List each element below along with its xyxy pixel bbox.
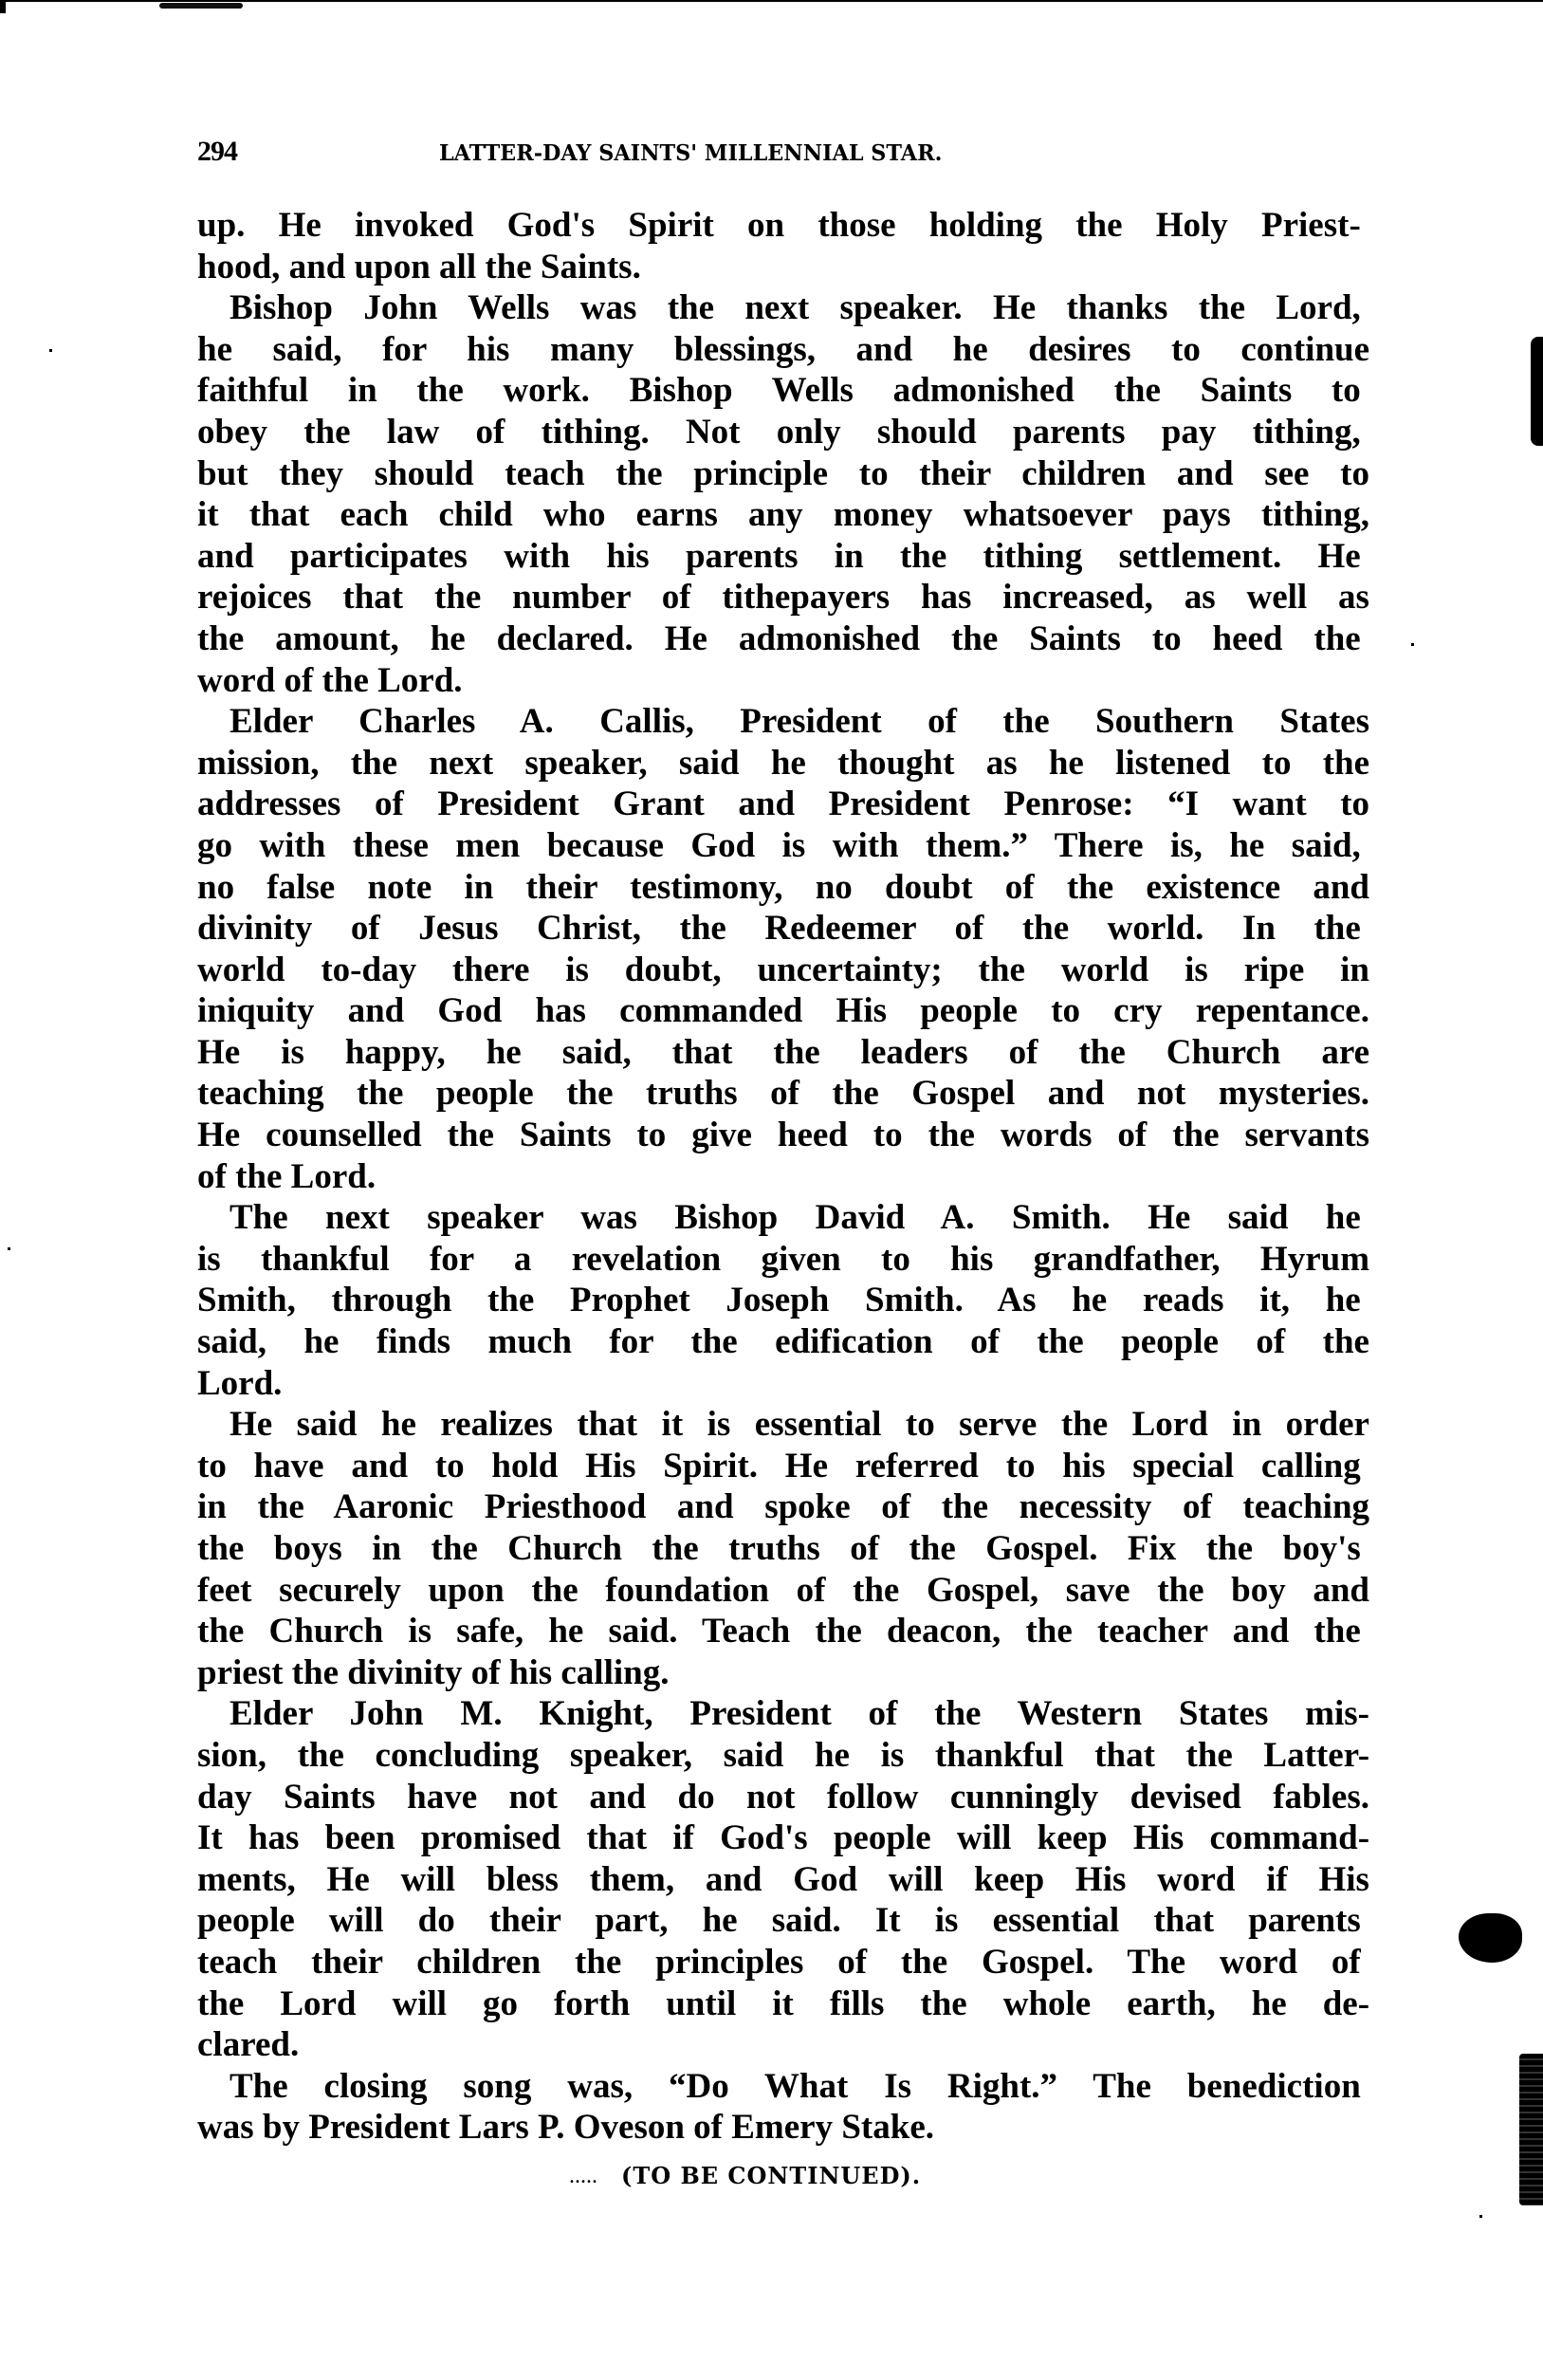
binding-shadow-mark xyxy=(1519,2054,1543,2205)
paragraph-first-line: Bishop John Wells was the next speaker. … xyxy=(197,287,1369,329)
scan-smudge xyxy=(159,3,243,9)
scan-artifact xyxy=(0,2,6,13)
text-line: to have and to hold His Spirit. He refer… xyxy=(197,1446,1369,1487)
paragraph-first-line: Elder John M. Knight, President of the W… xyxy=(197,1693,1369,1735)
text-line: clared. xyxy=(197,2024,1369,2066)
page-number: 294 xyxy=(197,133,237,171)
text-line: faithful in the work. Bishop Wells admon… xyxy=(197,370,1369,412)
text-line: the Lord will go forth until it fills th… xyxy=(197,1983,1369,2025)
scan-edge-top xyxy=(0,0,1543,2)
scanned-page: 294 LATTER-DAY SAINTS' MILLENNIAL STAR. … xyxy=(0,0,1543,2380)
text-line: day Saints have not and do not follow cu… xyxy=(197,1777,1369,1818)
scan-speck xyxy=(49,349,52,352)
text-line: the amount, he declared. He admonished t… xyxy=(197,618,1369,660)
text-line: he said, for his many blessings, and he … xyxy=(197,329,1369,371)
text-line: It has been promised that if God's peopl… xyxy=(197,1817,1369,1859)
text-line: hood, and upon all the Saints. xyxy=(197,247,1369,288)
text-line: is thankful for a revelation given to hi… xyxy=(197,1239,1369,1281)
text-line: it that each child who earns any money w… xyxy=(197,494,1369,536)
text-line: Smith, through the Prophet Joseph Smith.… xyxy=(197,1280,1369,1321)
text-line: Lord. xyxy=(197,1363,1369,1405)
text-line: teaching the people the truths of the Go… xyxy=(197,1073,1369,1115)
text-line: of the Lord. xyxy=(197,1156,1369,1198)
text-line: but they should teach the principle to t… xyxy=(197,453,1369,495)
text-line: no false note in their testimony, no dou… xyxy=(197,867,1369,909)
text-line: He counselled the Saints to give heed to… xyxy=(197,1115,1369,1156)
text-line: He is happy, he said, that the leaders o… xyxy=(197,1032,1369,1074)
scan-speck xyxy=(1411,643,1414,646)
text-line: priest the divinity of his calling. xyxy=(197,1652,1369,1694)
scan-speck xyxy=(8,1247,10,1250)
text-line: in the Aaronic Priesthood and spoke of t… xyxy=(197,1486,1369,1528)
running-head: 294 LATTER-DAY SAINTS' MILLENNIAL STAR. xyxy=(197,133,1373,171)
binding-shadow-mark xyxy=(1531,337,1543,446)
paragraph-first-line: The next speaker was Bishop David A. Smi… xyxy=(197,1197,1369,1239)
text-line: the boys in the Church the truths of the… xyxy=(197,1528,1369,1570)
text-line: ments, He will bless them, and God will … xyxy=(197,1859,1369,1901)
paragraph-first-line: Elder Charles A. Callis, President of th… xyxy=(197,701,1369,743)
journal-title: LATTER-DAY SAINTS' MILLENNIAL STAR. xyxy=(439,135,1111,173)
paragraph-first-line: He said he realizes that it is essential… xyxy=(197,1404,1369,1446)
text-line: word of the Lord. xyxy=(197,660,1369,702)
text-line: mission, the next speaker, said he thoug… xyxy=(197,743,1369,784)
text-line: was by President Lars P. Oveson of Emery… xyxy=(197,2107,1369,2149)
text-line: said, he finds much for the edification … xyxy=(197,1321,1369,1363)
to-be-continued-note: (TO BE CONTINUED). xyxy=(621,2159,921,2193)
text-line: feet securely upon the foundation of the… xyxy=(197,1570,1369,1612)
text-line: addresses of President Grant and Preside… xyxy=(197,784,1369,825)
text-line: teach their children the principles of t… xyxy=(197,1942,1369,1983)
text-line: iniquity and God has commanded His peopl… xyxy=(197,990,1369,1032)
text-line: world to-day there is doubt, uncertainty… xyxy=(197,950,1369,991)
text-line: go with these men because God is with th… xyxy=(197,825,1369,867)
article-body: up. He invoked God's Spirit on those hol… xyxy=(197,205,1369,2149)
text-line: sion, the concluding speaker, said he is… xyxy=(197,1735,1369,1777)
text-line: rejoices that the number of tithepayers … xyxy=(197,577,1369,618)
scan-speck xyxy=(1479,2215,1482,2218)
text-line: the Church is safe, he said. Teach the d… xyxy=(197,1611,1369,1652)
paragraph-first-line: The closing song was, “Do What Is Right.… xyxy=(197,2066,1369,2108)
dot-leader: ..... xyxy=(569,2159,597,2193)
text-line: people will do their part, he said. It i… xyxy=(197,1900,1369,1942)
ink-blot xyxy=(1459,1913,1522,1963)
text-line: obey the law of tithing. Not only should… xyxy=(197,412,1369,453)
text-line: up. He invoked God's Spirit on those hol… xyxy=(197,205,1369,247)
text-line: divinity of Jesus Christ, the Redeemer o… xyxy=(197,908,1369,950)
text-line: and participates with his parents in the… xyxy=(197,536,1369,578)
